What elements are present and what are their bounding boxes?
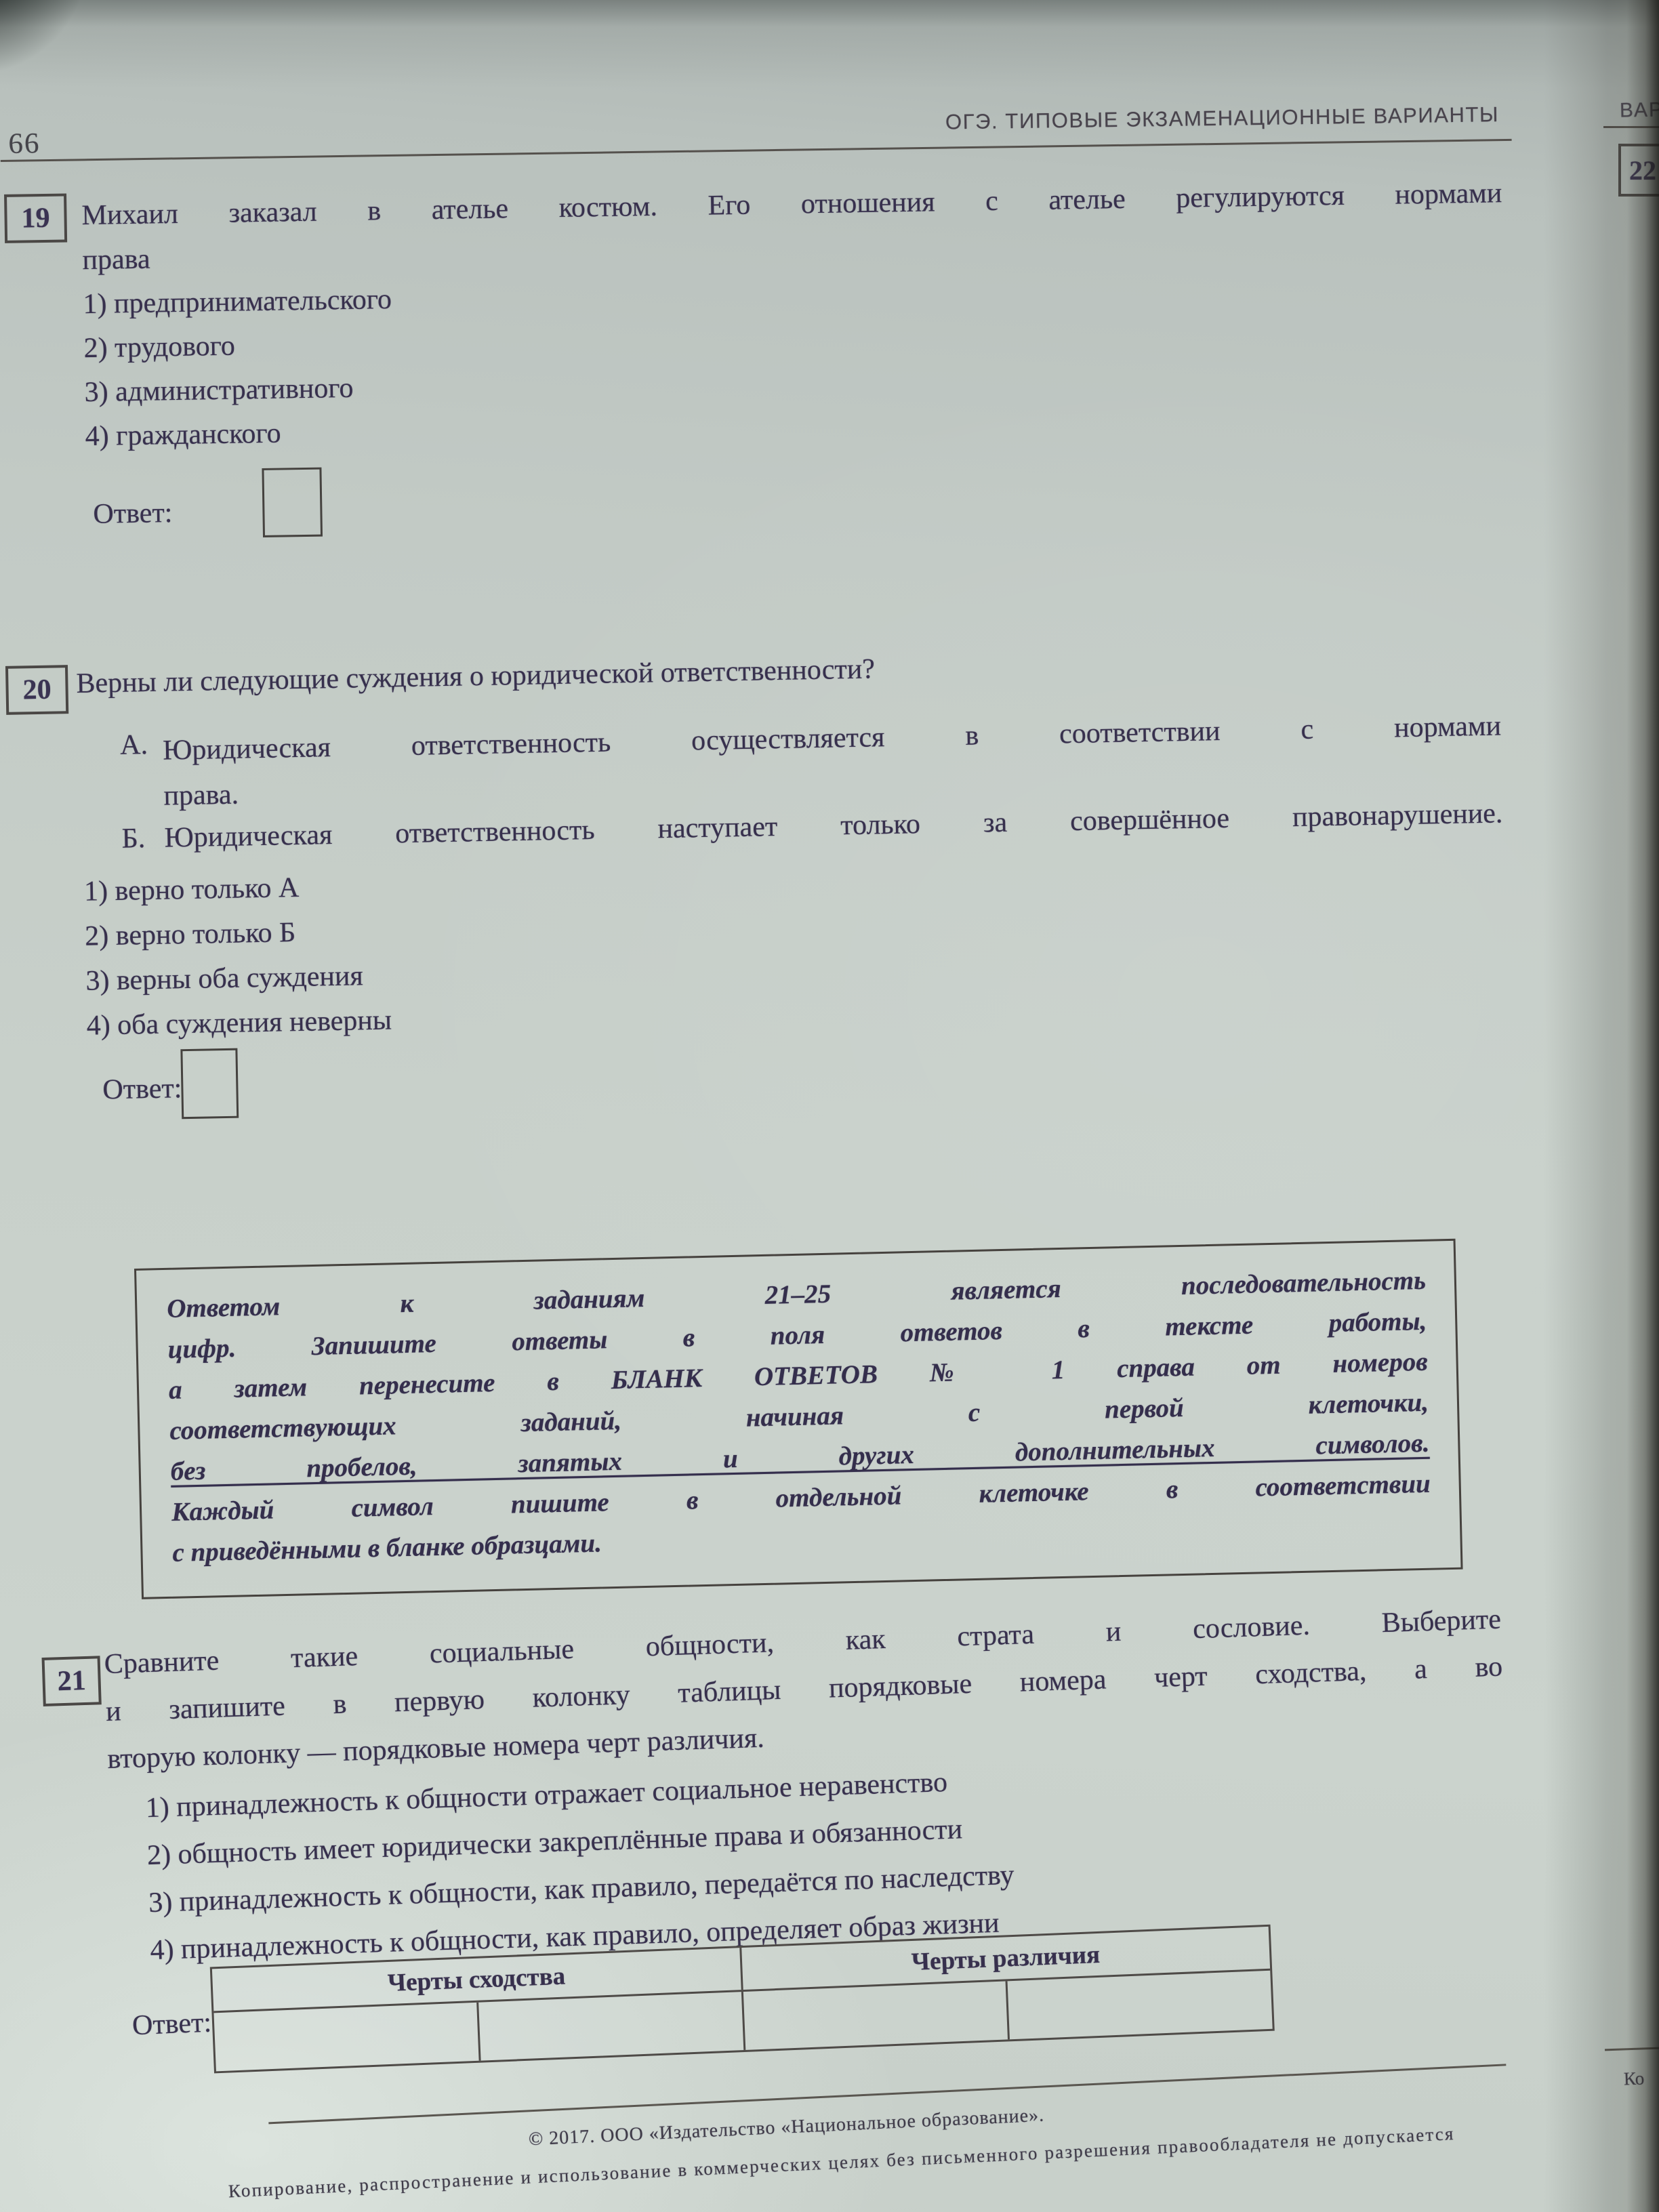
adjacent-page-header-rule bbox=[1603, 126, 1659, 128]
question-20-text: Верны ли следующие суждения о юридическо… bbox=[76, 653, 875, 700]
question-19: 19 Михаил заказал в ателье костюм. Его о… bbox=[0, 167, 1659, 193]
adjacent-page-question-number-box: 22 bbox=[1618, 144, 1659, 197]
question-20-answer-label: Ответ: bbox=[102, 1072, 182, 1106]
question-20-options: 1) верно только А2) верно только Б3) вер… bbox=[83, 852, 1036, 1048]
adjacent-page-header-fragment: ВАР bbox=[1620, 98, 1659, 122]
question-19-answer-box bbox=[262, 468, 323, 537]
question-20-answer-box bbox=[180, 1048, 239, 1120]
running-header-title: ОГЭ. ТИПОВЫЕ ЭКЗАМЕНАЦИОННЫЕ ВАРИАНТЫ bbox=[0, 102, 1499, 148]
answer-cell-similarity-1 bbox=[213, 2003, 478, 2071]
question-21-number-box: 21 bbox=[42, 1656, 102, 1706]
question-21-number: 21 bbox=[57, 1664, 87, 1698]
adjacent-page-footer-rule bbox=[1605, 2047, 1659, 2051]
answer-cell-difference-1 bbox=[741, 1981, 1008, 2050]
question-19-answer-label: Ответ: bbox=[93, 497, 173, 531]
instruction-box: Ответом к заданиям 21–25 является послед… bbox=[134, 1239, 1463, 1599]
question-19-number-box: 19 bbox=[4, 193, 67, 243]
question-21-answer-label: Ответ: bbox=[131, 2007, 212, 2043]
adjacent-page-question-number: 22 bbox=[1629, 155, 1656, 186]
statement-b-label: Б. bbox=[121, 822, 145, 855]
page-header: 66 ОГЭ. ТИПОВЫЕ ЭКЗАМЕНАЦИОННЫЕ ВАРИАНТЫ bbox=[0, 99, 1659, 122]
adjacent-page-footer-fragment: Ко bbox=[1623, 2068, 1644, 2089]
instruction-lines-top: Ответом к заданиям 21–25 является послед… bbox=[167, 1261, 1429, 1452]
statement-a-label: А. bbox=[120, 729, 148, 762]
question-20-number: 20 bbox=[22, 674, 52, 707]
exam-book-page-photo: 66 ОГЭ. ТИПОВЫЕ ЭКЗАМЕНАЦИОННЫЕ ВАРИАНТЫ… bbox=[0, 0, 1659, 2212]
answer-cell-difference-2 bbox=[1006, 1971, 1273, 2040]
question-19-number: 19 bbox=[21, 202, 50, 235]
question-19-text: Михаил заказал в ателье костюм. Его отно… bbox=[81, 171, 1503, 283]
question-19-options: 1) предпринимательского2) трудового3) ад… bbox=[83, 268, 1034, 459]
answer-cell-similarity-2 bbox=[476, 1992, 743, 2061]
question-20-number-box: 20 bbox=[5, 665, 68, 715]
book-gutter-shadow bbox=[1544, 0, 1659, 2212]
question-20: 20 Верны ли следующие суждения о юридиче… bbox=[0, 637, 1659, 668]
